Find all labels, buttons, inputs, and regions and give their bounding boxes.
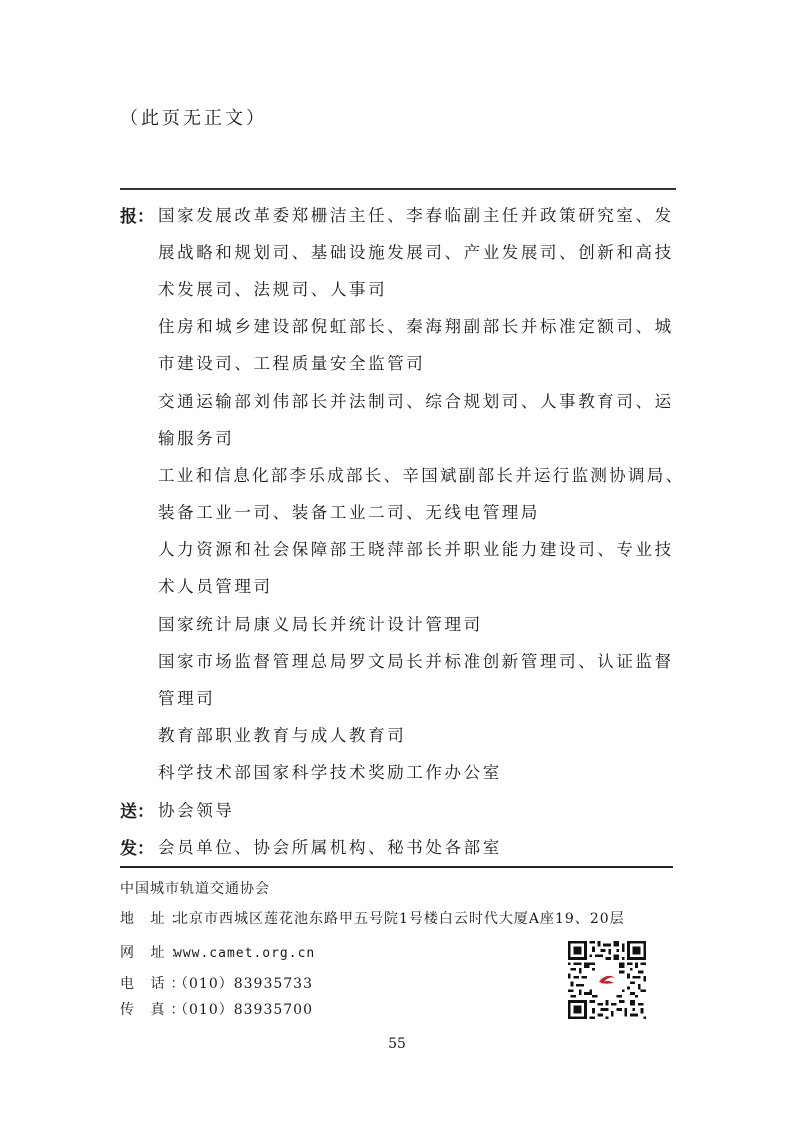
send-section: 送： 协会领导	[120, 797, 680, 821]
issue-label: 发：	[120, 834, 154, 859]
report-section: 报： 国家发展改革委郑栅洁主任、李春临副主任并政策研究室、发 展战略和规划司、基…	[120, 202, 680, 802]
issue-section: 发： 会员单位、协会所属机构、秘书处各部室	[120, 834, 680, 858]
phone-label: 电 话：	[120, 973, 174, 993]
website-row: 网 址：www.camet.org.cn	[120, 942, 315, 962]
website-link[interactable]: www.camet.org.cn	[174, 946, 315, 961]
fax-label: 传 真：	[120, 999, 174, 1019]
report-line: 输服务司	[158, 425, 234, 449]
report-line: 国家市场监督管理总局罗文局长并标准创新管理司、认证监督	[158, 648, 674, 672]
bottom-divider	[120, 866, 673, 868]
address-label: 地 址：	[120, 908, 174, 928]
report-line: 术人员管理司	[158, 573, 273, 597]
report-line: 装备工业一司、装备工业二司、无线电管理局	[158, 499, 540, 523]
page-number: 55	[0, 1036, 794, 1052]
no-body-note: （此页无正文）	[120, 104, 267, 130]
fax-value: （010）83935700	[174, 1002, 313, 1018]
report-line: 科学技术部国家科学技术奖励工作办公室	[158, 759, 502, 783]
send-text: 协会领导	[158, 797, 234, 821]
report-line: 交通运输部刘伟部长并法制司、综合规划司、人事教育司、运	[158, 388, 674, 412]
report-line: 术发展司、法规司、人事司	[158, 276, 387, 300]
report-line: 工业和信息化部李乐成部长、辛国斌副部长并运行监测协调局、	[158, 462, 684, 486]
fax-row: 传 真：（010）83935700	[120, 999, 313, 1019]
report-line: 展战略和规划司、基础设施发展司、产业发展司、创新和高技	[158, 239, 674, 263]
report-line: 管理司	[158, 685, 215, 709]
website-label: 网 址：	[120, 942, 174, 962]
organization-name: 中国城市轨道交通协会	[120, 878, 270, 898]
report-line: 国家发展改革委郑栅洁主任、李春临副主任并政策研究室、发	[158, 202, 674, 226]
report-line: 住房和城乡建设部倪虹部长、秦海翔副部长并标准定额司、城	[158, 313, 674, 337]
report-line: 人力资源和社会保障部王晓萍部长并职业能力建设司、专业技	[158, 536, 674, 560]
phone-row: 电 话：（010）83935733	[120, 973, 313, 993]
qr-code-icon	[568, 941, 646, 1019]
report-line: 国家统计局康义局长并统计设计管理司	[158, 611, 483, 635]
report-line: 教育部职业教育与成人教育司	[158, 722, 406, 746]
top-divider	[120, 188, 676, 190]
address-row: 地 址：北京市西城区莲花池东路甲五号院1号楼白云时代大厦A座19、20层	[120, 908, 625, 928]
address-value: 北京市西城区莲花池东路甲五号院1号楼白云时代大厦A座19、20层	[174, 911, 625, 927]
send-label: 送：	[120, 797, 154, 822]
phone-value: （010）83935733	[174, 976, 313, 992]
issue-text: 会员单位、协会所属机构、秘书处各部室	[158, 834, 502, 858]
report-label: 报：	[120, 202, 154, 227]
report-line: 市建设司、工程质量安全监管司	[158, 350, 425, 374]
